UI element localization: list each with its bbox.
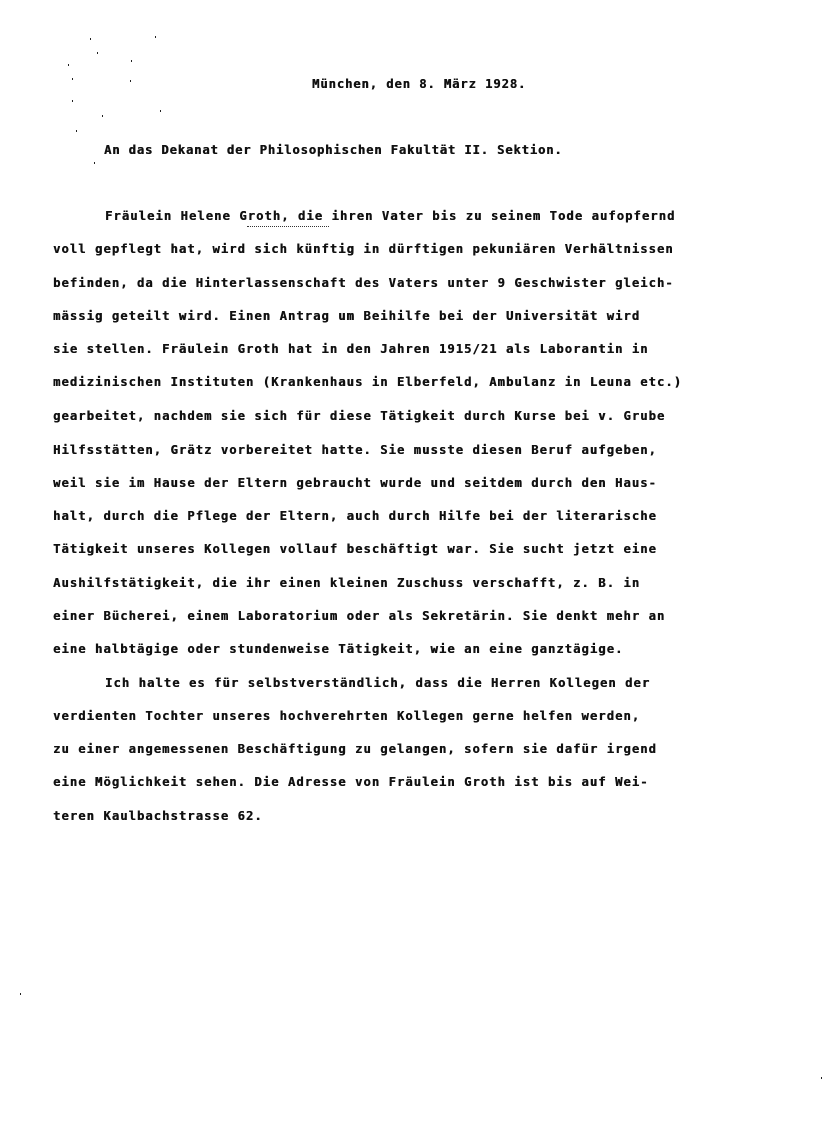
scan-artifact xyxy=(68,64,69,66)
body-line: medizinischen Instituten (Krankenhaus in… xyxy=(53,376,682,388)
body-line: voll gepflegt hat, wird sich künftig in … xyxy=(53,243,674,255)
scan-artifact xyxy=(102,115,103,117)
body-line: einer Bücherei, einem Laboratorium oder … xyxy=(53,610,665,622)
body-line: eine halbtägige oder stundenweise Tätigk… xyxy=(53,643,623,655)
dateline: München, den 8. März 1928. xyxy=(312,78,526,90)
body-line: weil sie im Hause der Eltern gebraucht w… xyxy=(53,477,657,489)
body-line: sie stellen. Fräulein Groth hat in den J… xyxy=(53,343,649,355)
scan-artifact xyxy=(72,78,73,80)
scan-artifact xyxy=(76,130,77,132)
scan-artifact xyxy=(94,162,95,164)
scan-artifact xyxy=(72,100,73,102)
body-line: halt, durch die Pflege der Eltern, auch … xyxy=(53,510,657,522)
body-line: Ich halte es für selbstverständlich, das… xyxy=(105,677,650,689)
addressee-line: An das Dekanat der Philosophischen Fakul… xyxy=(104,144,563,156)
scan-artifact xyxy=(160,110,161,112)
scan-artifact xyxy=(821,1077,822,1079)
body-line: zu einer angemessenen Beschäftigung zu g… xyxy=(53,743,657,755)
body-line: teren Kaulbachstrasse 62. xyxy=(53,810,263,822)
body-line: eine Möglichkeit sehen. Die Adresse von … xyxy=(53,776,649,788)
letter-page: München, den 8. März 1928. An das Dekana… xyxy=(0,0,837,1148)
body-line: Tätigkeit unseres Kollegen vollauf besch… xyxy=(53,543,657,555)
scan-artifact xyxy=(90,38,91,40)
body-line: Fräulein Helene Groth, die ihren Vater b… xyxy=(105,210,675,222)
body-line: verdienten Tochter unseres hochverehrten… xyxy=(53,710,640,722)
scan-artifact xyxy=(20,993,21,995)
body-line: gearbeitet, nachdem sie sich für diese T… xyxy=(53,410,665,422)
body-line: befinden, da die Hinterlassenschaft des … xyxy=(53,277,674,289)
scan-artifact xyxy=(130,80,131,82)
scan-artifact xyxy=(155,36,156,38)
body-line: mässig geteilt wird. Einen Antrag um Bei… xyxy=(53,310,640,322)
body-line: Hilfsstätten, Grätz vorbereitet hatte. S… xyxy=(53,444,657,456)
scan-artifact xyxy=(97,52,98,54)
body-line: Aushilfstätigkeit, die ihr einen kleinen… xyxy=(53,577,640,589)
handwritten-underline xyxy=(247,226,329,227)
scan-artifact xyxy=(131,60,132,62)
